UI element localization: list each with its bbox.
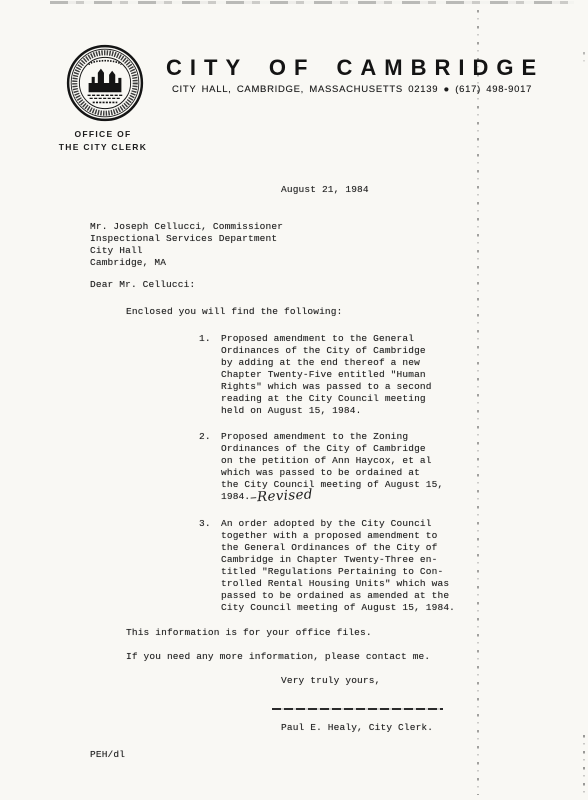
fold-dotted-line — [477, 10, 479, 795]
office-label-line2: THE CITY CLERK — [44, 141, 162, 154]
info-paragraph: This information is for your office file… — [126, 627, 372, 639]
scanned-letter-page: CITY OF CAMBRIDGE CITY HALL, CAMBRIDGE, … — [0, 0, 588, 800]
enclosure-item-text: An order adopted by the City Council tog… — [221, 518, 455, 614]
signature-line — [272, 708, 443, 710]
scan-streak-artifact — [50, 1, 574, 4]
recipient-address: Mr. Joseph Cellucci, Commissioner Inspec… — [90, 221, 283, 269]
handwritten-revised-note: –Revised — [250, 486, 314, 505]
letterhead-address: CITY HALL, CAMBRIDGE, MASSACHUSETTS 0213… — [172, 84, 532, 95]
office-label-line1: OFFICE OF — [44, 128, 162, 141]
intro-line: Enclosed you will find the following: — [126, 306, 342, 318]
letterhead-title: CITY OF CAMBRIDGE — [166, 55, 544, 81]
signer-name: Paul E. Healy, City Clerk. — [281, 722, 433, 734]
edge-dot-artifact — [583, 52, 585, 62]
office-of-city-clerk-label: OFFICE OF THE CITY CLERK — [44, 128, 162, 154]
salutation: Dear Mr. Cellucci: — [90, 279, 195, 291]
enclosure-item-number: 3. — [199, 518, 211, 530]
closing-phrase: Very truly yours, — [281, 675, 380, 687]
letter-date: August 21, 1984 — [281, 184, 369, 196]
edge-dotted-line — [583, 735, 585, 795]
contact-paragraph: If you need any more information, please… — [126, 651, 430, 663]
city-seal-icon — [64, 41, 146, 125]
enclosure-item-text: Proposed amendment to the General Ordina… — [221, 333, 432, 417]
enclosure-item-number: 1. — [199, 333, 211, 345]
reference-initials: PEH/dl — [90, 749, 125, 761]
enclosure-item-number: 2. — [199, 431, 211, 443]
